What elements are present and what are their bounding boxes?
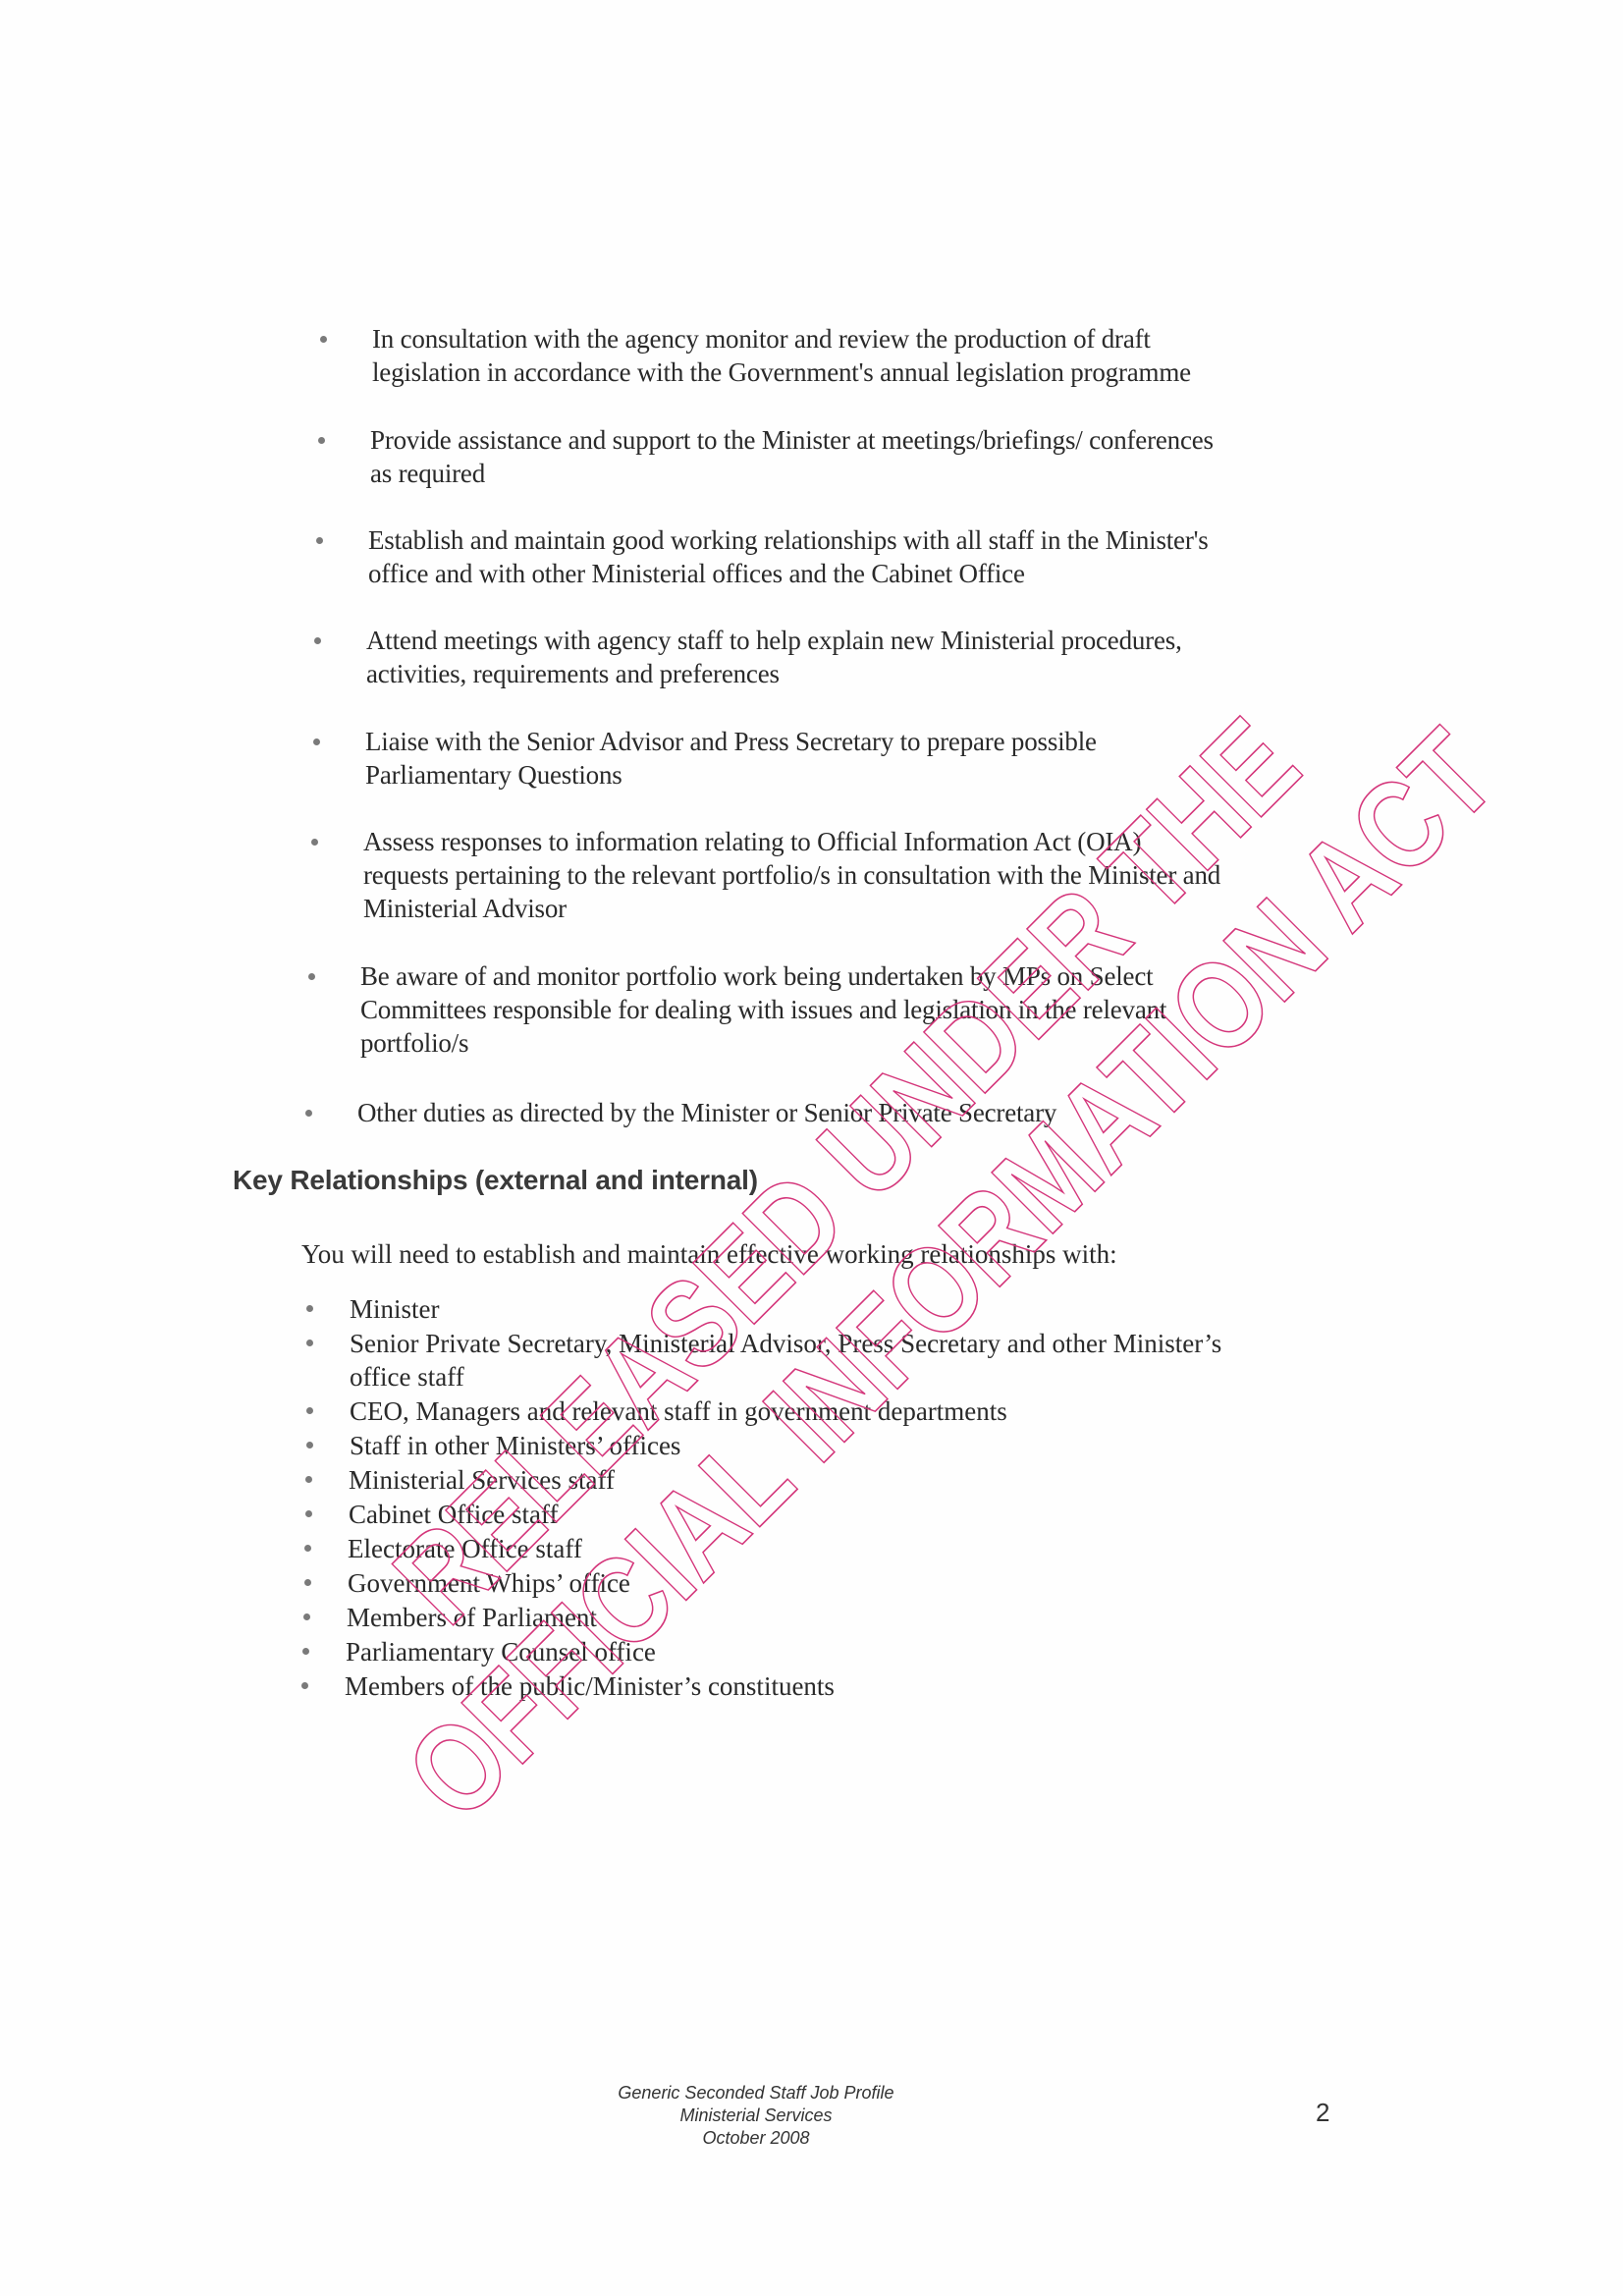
key-relationships-intro: You will need to establish and maintain … (301, 1237, 1117, 1271)
bullet-icon (308, 973, 315, 980)
bullet-icon (316, 537, 323, 544)
footer-title: Generic Seconded Staff Job Profile (550, 2082, 962, 2105)
bullet-icon (305, 1476, 312, 1483)
duty-item: Provide assistance and support to the Mi… (370, 423, 1214, 490)
duty-item: Liaise with the Senior Advisor and Press… (365, 725, 1097, 792)
bullet-icon (313, 738, 320, 745)
bullet-icon (305, 1110, 312, 1117)
duty-text-line: Parliamentary Questions (365, 758, 1097, 792)
duty-text-line: Be aware of and monitor portfolio work b… (360, 959, 1166, 993)
duty-text-line: Attend meetings with agency staff to hel… (366, 624, 1182, 657)
relationship-item: Electorate Office staff (348, 1532, 582, 1565)
bullet-icon (306, 1305, 313, 1312)
bullet-icon (314, 637, 321, 644)
relationship-item: Parliamentary Counsel office (346, 1635, 656, 1668)
relationship-text-line: Members of Parliament (347, 1601, 597, 1634)
duty-text-line: legislation in accordance with the Gover… (372, 355, 1191, 389)
bullet-icon (304, 1579, 311, 1586)
relationship-item: Staff in other Ministers’ offices (350, 1429, 680, 1462)
duty-text-line: Establish and maintain good working rela… (368, 523, 1209, 557)
duty-text-line: Committees responsible for dealing with … (360, 993, 1166, 1026)
document-page: In consultation with the agency monitor … (0, 0, 1623, 2296)
relationship-text-line: CEO, Managers and relevant staff in gove… (350, 1394, 1007, 1428)
bullet-icon (306, 1407, 313, 1414)
relationship-item: Minister (350, 1292, 440, 1326)
duty-text-line: Provide assistance and support to the Mi… (370, 423, 1214, 457)
relationship-text-line: Parliamentary Counsel office (346, 1635, 656, 1668)
relationship-text-line: office staff (350, 1360, 1221, 1394)
duty-text-line: portfolio/s (360, 1026, 1166, 1060)
bullet-icon (306, 1442, 313, 1449)
relationship-text-line: Government Whips’ office (348, 1566, 630, 1600)
bullet-icon (302, 1648, 309, 1655)
relationship-item: Members of the public/Minister’s constit… (345, 1669, 835, 1703)
bullet-icon (301, 1682, 308, 1689)
duty-item: Be aware of and monitor portfolio work b… (360, 959, 1166, 1060)
duty-item: Other duties as directed by the Minister… (357, 1096, 1056, 1129)
relationship-text-line: Ministerial Services staff (349, 1463, 615, 1497)
relationship-item: CEO, Managers and relevant staff in gove… (350, 1394, 1007, 1428)
bullet-icon (303, 1613, 310, 1620)
duty-text-line: activities, requirements and preferences (366, 657, 1182, 690)
relationship-text-line: Minister (350, 1292, 440, 1326)
relationship-text-line: Senior Private Secretary, Ministerial Ad… (350, 1327, 1221, 1360)
duty-text-line: as required (370, 457, 1214, 490)
duty-text-line: Other duties as directed by the Minister… (357, 1096, 1056, 1129)
relationship-item: Government Whips’ office (348, 1566, 630, 1600)
relationship-text-line: Electorate Office staff (348, 1532, 582, 1565)
page-footer: Generic Seconded Staff Job Profile Minis… (550, 2082, 962, 2150)
relationship-text-line: Members of the public/Minister’s constit… (345, 1669, 835, 1703)
duty-item: Establish and maintain good working rela… (368, 523, 1209, 590)
relationship-item: Senior Private Secretary, Ministerial Ad… (350, 1327, 1221, 1394)
bullet-icon (305, 1510, 312, 1517)
bullet-icon (306, 1339, 313, 1346)
footer-date: October 2008 (550, 2127, 962, 2150)
duty-item: Attend meetings with agency staff to hel… (366, 624, 1182, 690)
duty-text-line: office and with other Ministerial office… (368, 557, 1209, 590)
duty-item: In consultation with the agency monitor … (372, 322, 1191, 389)
duty-text-line: requests pertaining to the relevant port… (363, 858, 1220, 892)
relationship-item: Members of Parliament (347, 1601, 597, 1634)
relationship-item: Ministerial Services staff (349, 1463, 615, 1497)
key-relationships-heading: Key Relationships (external and internal… (233, 1165, 758, 1196)
duty-text-line: Assess responses to information relating… (363, 825, 1220, 858)
duty-text-line: Liaise with the Senior Advisor and Press… (365, 725, 1097, 758)
duty-text-line: In consultation with the agency monitor … (372, 322, 1191, 355)
relationship-text-line: Cabinet Office staff (349, 1498, 558, 1531)
relationship-item: Cabinet Office staff (349, 1498, 558, 1531)
relationship-text-line: Staff in other Ministers’ offices (350, 1429, 680, 1462)
duty-item: Assess responses to information relating… (363, 825, 1220, 925)
footer-department: Ministerial Services (550, 2105, 962, 2127)
bullet-icon (318, 437, 325, 444)
page-number: 2 (1316, 2098, 1329, 2128)
bullet-icon (311, 839, 318, 846)
duty-text-line: Ministerial Advisor (363, 892, 1220, 925)
bullet-icon (320, 336, 327, 343)
bullet-icon (304, 1545, 311, 1552)
